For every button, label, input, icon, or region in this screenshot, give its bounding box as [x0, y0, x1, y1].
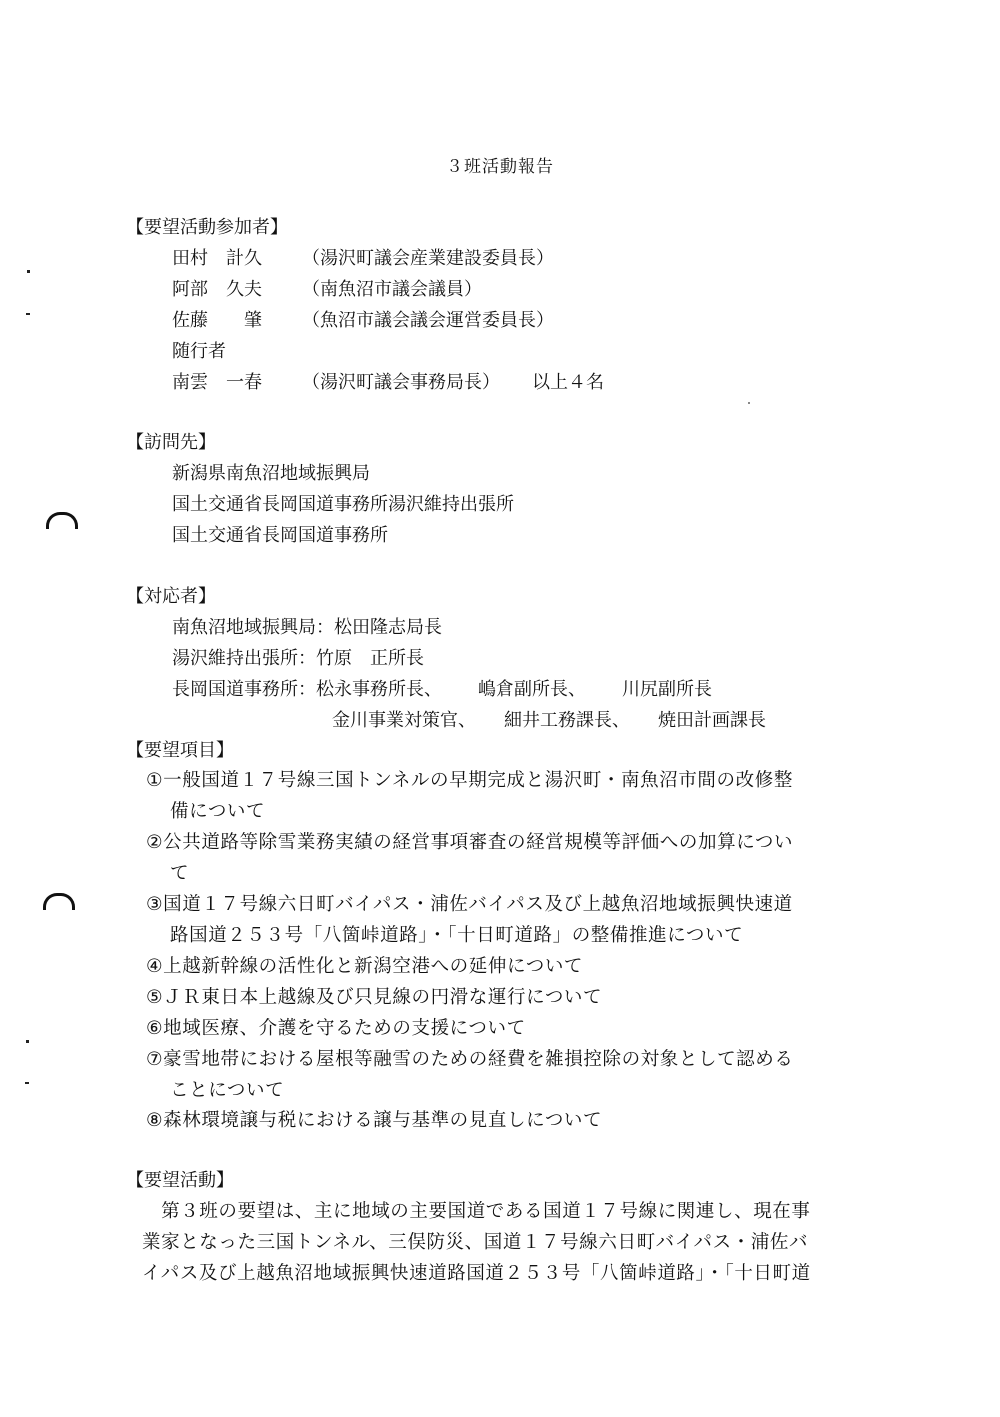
scan-speck	[26, 313, 30, 315]
scan-speck	[26, 1040, 29, 1043]
respondent-person: 嶋倉副所長、	[478, 679, 586, 700]
participant-row: 阿部 久夫（南魚沼市議会議員）	[172, 275, 482, 301]
respondent-row: 長岡国道事務所：松永事務所長、嶋倉副所長、川尻副所長	[172, 675, 712, 701]
participant-name: 佐藤 肇	[172, 306, 302, 332]
request-item: ⑦豪雪地帯における屋根等融雪のための経費を雑損控除の対象として認める	[146, 1045, 794, 1071]
attendant-name: 南雲 一春	[172, 368, 302, 394]
respondent-person: 細井工務課長、	[504, 710, 630, 731]
request-item-continuation: 路国道２５３号「八箇峠道路」・「十日町道路」の整備推進について	[170, 921, 743, 947]
respondent-person: 竹原 正所長	[316, 648, 424, 669]
respondent-person: 松永事務所長、	[316, 679, 442, 700]
attendant-label: 随行者	[172, 337, 226, 363]
participant-role: （湯沢町議会産業建設委員長）	[302, 244, 554, 270]
activity-paragraph-line: 業家となった三国トンネル、三俣防災、国道１７号線六日町バイパス・浦佐バ	[142, 1228, 808, 1254]
respondent-row: 南魚沼地域振興局：松田隆志局長	[172, 613, 442, 639]
destination-item: 国土交通省長岡国道事務所	[172, 521, 388, 547]
participant-row: 田村 計久（湯沢町議会産業建設委員長）	[172, 244, 554, 270]
activity-heading: 【要望活動】	[126, 1166, 234, 1192]
destinations-heading: 【訪問先】	[126, 428, 216, 454]
respondent-org: 長岡国道事務所：	[172, 679, 316, 700]
respondents-heading: 【対応者】	[126, 582, 216, 608]
request-item-continuation: て	[170, 859, 189, 885]
scan-speck	[27, 270, 30, 273]
punch-hole-mark	[43, 893, 75, 910]
participants-heading: 【要望活動参加者】	[126, 213, 288, 239]
activity-paragraph-line: イパス及び上越魚沼地域振興快速道路国道２５３号「八箇峠道路」・「十日町道	[142, 1259, 811, 1285]
participant-role: （魚沼市議会議会運営委員長）	[302, 306, 554, 332]
respondent-org: 湯沢維持出張所：	[172, 648, 316, 669]
respondent-org: 南魚沼地域振興局：	[172, 617, 334, 638]
request-item: ④上越新幹線の活性化と新潟空港への延伸について	[146, 952, 583, 978]
request-item: ⑧森林環境譲与税における譲与基準の見直しについて	[146, 1106, 602, 1132]
activity-paragraph-line: 第３班の要望は、主に地域の主要国道である国道１７号線に関連し、現在事	[142, 1197, 811, 1223]
participant-name: 田村 計久	[172, 244, 302, 270]
request-item-continuation: ことについて	[170, 1076, 284, 1102]
scan-speck	[748, 402, 750, 404]
document-page: ３班活動報告 【要望活動参加者】 田村 計久（湯沢町議会産業建設委員長） 阿部 …	[0, 0, 1000, 1417]
respondent-person: 焼田計画課長	[658, 710, 766, 731]
destination-item: 新潟県南魚沼地域振興局	[172, 459, 370, 485]
request-item: ③国道１７号線六日町バイパス・浦佐バイパス及び上越魚沼地域振興快速道	[146, 890, 793, 916]
respondent-person: 川尻副所長	[622, 679, 712, 700]
attendant-role: （湯沢町議会事務局長）	[302, 368, 500, 394]
respondent-person: 金川事業対策官、	[332, 710, 476, 731]
request-item-continuation: 備について	[170, 797, 265, 823]
document-title: ３班活動報告	[0, 152, 1000, 177]
request-item: ①一般国道１７号線三国トンネルの早期完成と湯沢町・南魚沼市間の改修整	[146, 766, 793, 792]
participant-role: （南魚沼市議会議員）	[302, 275, 482, 301]
request-item: ②公共道路等除雪業務実績の経営事項審査の経営規模等評価への加算につい	[146, 828, 793, 854]
scan-speck	[25, 1082, 29, 1084]
attendant-row: 南雲 一春（湯沢町議会事務局長）以上４名	[172, 368, 604, 394]
request-item: ⑥地域医療、介護を守るための支援について	[146, 1014, 526, 1040]
respondent-row: 金川事業対策官、細井工務課長、焼田計画課長	[332, 706, 766, 732]
participant-row: 佐藤 肇（魚沼市議会議会運営委員長）	[172, 306, 554, 332]
participant-total: 以上４名	[532, 368, 604, 394]
participant-name: 阿部 久夫	[172, 275, 302, 301]
respondent-person: 松田隆志局長	[334, 617, 442, 638]
requests-heading: 【要望項目】	[126, 736, 234, 762]
respondent-row: 湯沢維持出張所：竹原 正所長	[172, 644, 424, 670]
punch-hole-mark	[46, 512, 78, 529]
destination-item: 国土交通省長岡国道事務所湯沢維持出張所	[172, 490, 514, 516]
request-item: ⑤ＪＲ東日本上越線及び只見線の円滑な運行について	[146, 983, 602, 1009]
